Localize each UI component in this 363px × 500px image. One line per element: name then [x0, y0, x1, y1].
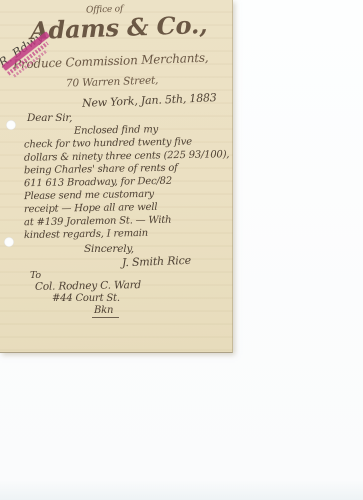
- punch-hole-top: [6, 120, 16, 130]
- letter-body-line: at #139 Joralemon St. — With: [24, 215, 172, 229]
- letter-dateline: New York, Jan. 5th, 1883: [82, 91, 217, 110]
- letter-body-line: dollars & ninety three cents (225 93/100…: [24, 149, 230, 164]
- letter-paper: Office of Adams & Co., Produce Commissio…: [0, 0, 233, 353]
- letter-body-line: being Charles' share of rents of: [24, 163, 178, 177]
- letter-closing: Sincerely,: [84, 243, 134, 255]
- recipient-to-label: To: [30, 270, 41, 281]
- letter-body-line: 611 613 Broadway, for Dec/82: [24, 176, 172, 190]
- letter-body-line: kindest regards, I remain: [24, 228, 148, 241]
- scanned-letter-page: Office of Adams & Co., Produce Commissio…: [0, 0, 363, 500]
- letter-body-line: check for two hundred twenty five: [24, 137, 192, 151]
- letter-body-line: receipt — Hope all are well: [24, 202, 157, 215]
- letter-salutation: Dear Sir,: [27, 112, 72, 124]
- letter-body-line: Enclosed find my: [74, 124, 158, 136]
- recipient-name: Col. Rodney C. Ward: [35, 279, 141, 293]
- letter-body-line: Please send me customary: [24, 189, 154, 202]
- letter-signature: J. Smith Rice: [122, 254, 191, 269]
- letterhead-street-address: 70 Warren Street,: [66, 74, 159, 89]
- recipient-street: #44 Court St.: [52, 293, 120, 304]
- recipient-city: Bkn: [92, 305, 119, 318]
- punch-hole-bottom: [4, 237, 14, 247]
